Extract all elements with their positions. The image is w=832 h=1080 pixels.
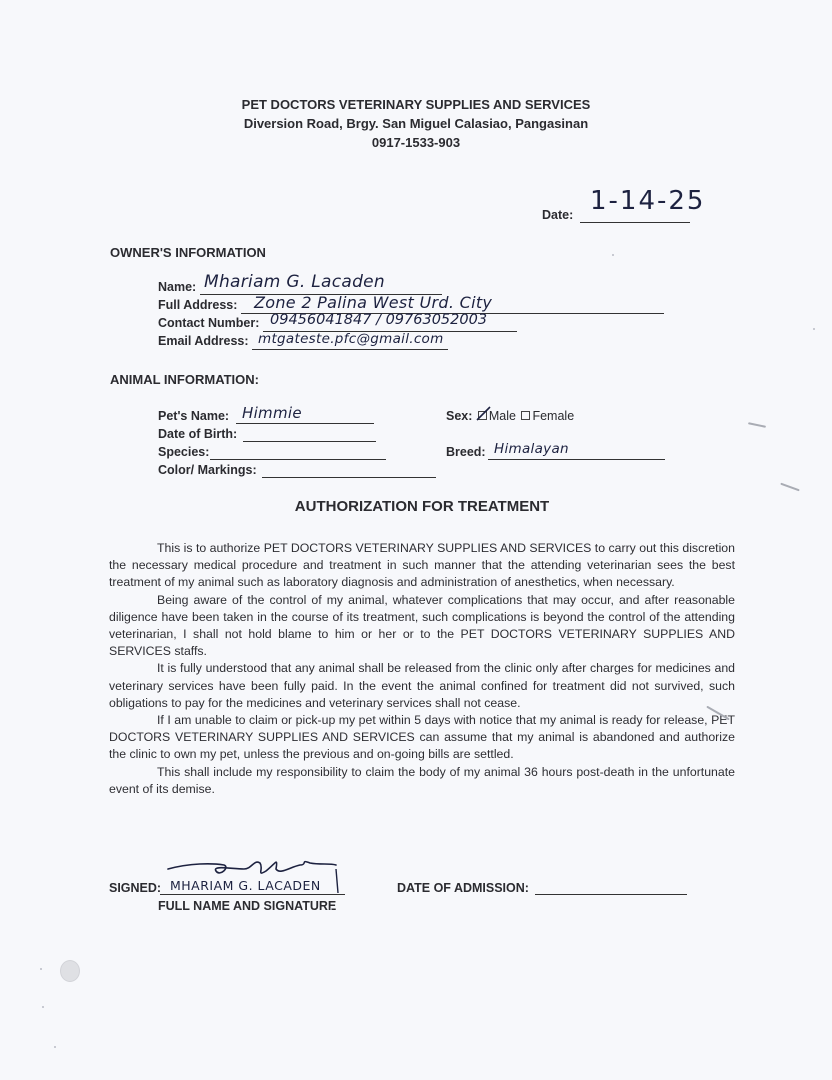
sex-field: Sex: Male Female [446,409,574,423]
owner-email-field[interactable]: mtgateste.pfc@gmail.com [258,331,444,347]
authorization-title: AUTHORIZATION FOR TREATMENT [0,498,832,515]
checkmark-icon [476,406,492,422]
pet-name-label: Pet's Name: [158,409,229,423]
animal-section-title: ANIMAL INFORMATION: [110,372,259,387]
scan-speck [40,968,42,970]
dob-field[interactable] [243,441,376,442]
species-field[interactable] [210,459,386,460]
signed-label: SIGNED: [109,881,161,895]
date-value[interactable]: 1-14-25 [590,186,705,216]
owner-contact-field[interactable]: 09456041847 / 09763052003 [270,312,487,328]
signature-caption: FULL NAME AND SIGNATURE [158,899,336,913]
sex-female-checkbox[interactable] [521,411,530,420]
sex-female-label: Female [532,409,574,423]
owner-name-field[interactable]: Mhariam G. Lacaden [204,272,385,292]
color-markings-field[interactable] [262,477,436,478]
pet-name-line [236,423,374,424]
signature-printed-name[interactable]: MHARIAM G. LACADEN [170,878,321,893]
business-address: Diversion Road, Brgy. San Miguel Calasia… [0,114,832,133]
authorization-paragraph: Being aware of the control of my animal,… [109,592,735,661]
breed-field[interactable]: Himalayan [494,441,569,457]
owner-name-label: Name: [158,280,196,294]
owner-address-field[interactable]: Zone 2 Palina West Urd. City [254,293,492,312]
scan-blot [60,960,80,982]
consent-form-page: PET DOCTORS VETERINARY SUPPLIES AND SERV… [0,0,832,1080]
owner-email-line [252,349,448,350]
scan-speck [330,908,332,910]
pet-name-field[interactable]: Himmie [242,404,302,422]
owner-email-label: Email Address: [158,334,249,348]
dob-label: Date of Birth: [158,427,237,441]
scan-mark [748,422,766,428]
owner-section-title: OWNER'S INFORMATION [110,245,266,260]
scan-speck [813,328,815,330]
date-of-admission-field[interactable] [535,894,687,895]
sex-male-label: Male [489,409,516,423]
authorization-paragraph: It is fully understood that any animal s… [109,660,735,712]
species-label: Species: [158,445,209,459]
owner-address-label: Full Address: [158,298,237,312]
color-markings-label: Color/ Markings: [158,463,257,477]
sex-male-checkbox[interactable] [478,411,487,420]
date-of-admission-label: DATE OF ADMISSION: [397,881,529,895]
scan-speck [42,1006,44,1008]
business-phone: 0917-1533-903 [0,133,832,152]
sex-label: Sex: [446,409,472,423]
business-name: PET DOCTORS VETERINARY SUPPLIES AND SERV… [0,95,832,114]
scan-speck [612,254,614,256]
owner-contact-label: Contact Number: [158,316,259,330]
authorization-paragraph: This is to authorize PET DOCTORS VETERIN… [109,540,735,592]
scan-mark [780,483,799,492]
authorization-body: This is to authorize PET DOCTORS VETERIN… [109,540,735,798]
breed-label: Breed: [446,445,486,459]
date-line [580,222,690,223]
authorization-paragraph: This shall include my responsibility to … [109,764,735,798]
date-label: Date: [542,208,573,222]
authorization-paragraph: If I am unable to claim or pick-up my pe… [109,712,735,764]
breed-line [488,459,665,460]
scan-speck [54,1046,56,1048]
